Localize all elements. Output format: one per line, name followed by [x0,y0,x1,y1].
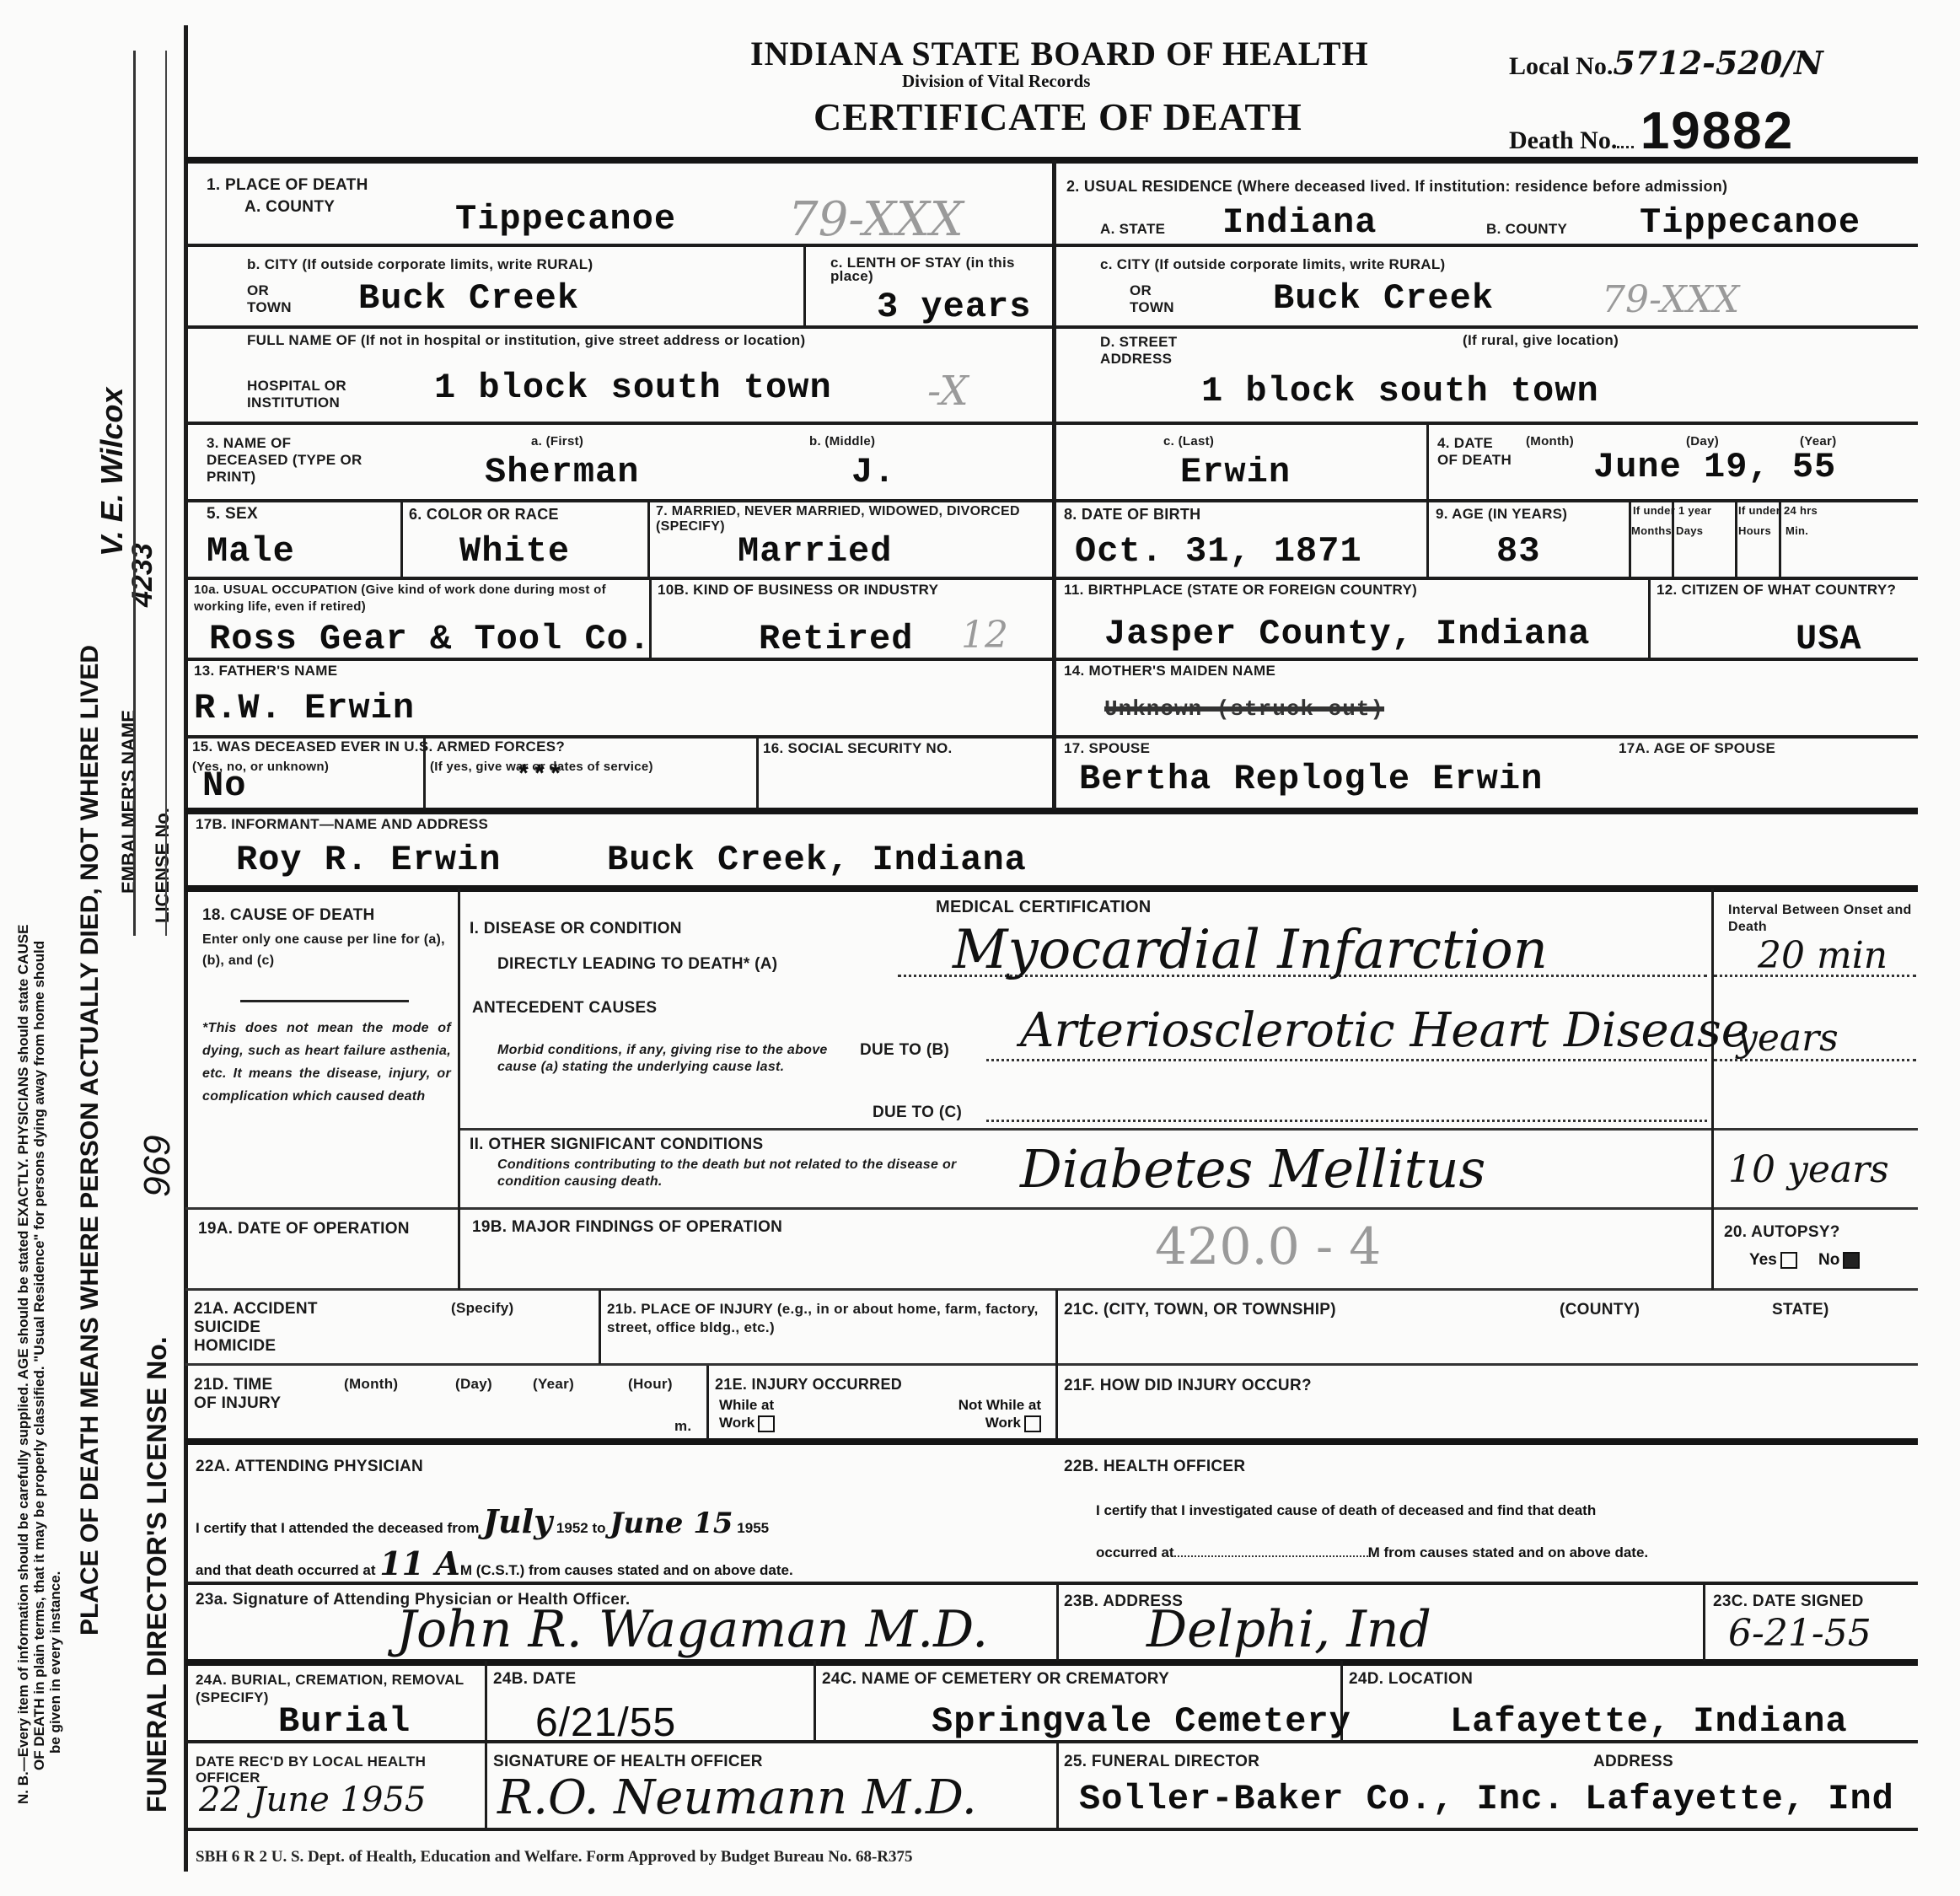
age-value[interactable]: 83 [1496,531,1540,572]
spouse-label: 17. SPOUSE [1064,740,1150,757]
death-county-code: 79-XXX [788,192,964,247]
divider-23b [1056,1583,1059,1661]
father-value[interactable]: R.W. Erwin [194,688,415,728]
burial-location-label: 24d. LOCATION [1349,1671,1473,1688]
under-year-label: If under 1 year [1633,504,1711,518]
due-to-b-label: DUE TO (b) [860,1042,949,1059]
divider-21d [706,1366,709,1440]
margin-embalmer-license-value: 4233 [126,543,159,607]
injury-m-label: m. [674,1420,691,1433]
date-of-death-label: 4. DATE OF DEATH [1437,435,1513,469]
armed-forces-value[interactable]: No [202,765,246,806]
cause-b-line [986,1059,1707,1061]
first-name-value[interactable]: Sherman [485,452,639,492]
citizen-value[interactable]: USA [1796,619,1862,659]
from-year-value[interactable]: 1952 [556,1520,588,1536]
rule-17b [185,885,1918,892]
cause-a-value[interactable]: Myocardial Infarction [953,919,1548,981]
margin-embalmer-label: EMBALMER'S NAME [118,710,140,894]
funeral-director-address-label: ADDRESS [1593,1754,1673,1770]
interval-b-line [1714,1059,1916,1061]
autopsy-options: Yes No [1749,1251,1860,1270]
autopsy-yes-label: Yes [1749,1251,1777,1269]
operation-code: 420.0 - 4 [1155,1217,1381,1276]
death-no-value: 19882 [1640,102,1794,160]
armed-forces-label: 15. WAS DECEASED EVER IN U.S. ARMED FORC… [192,740,565,754]
physician-signature[interactable]: John R. Wagaman M.D. [396,1600,988,1659]
sex-label: 5. SEX [207,506,258,523]
health-officer-time-line: occurred atM from causes stated and on a… [1096,1544,1648,1561]
health-officer-text-3: M from causes stated and on above date. [1368,1544,1649,1560]
margin-note-line-3: be given in every instance. [47,925,63,1804]
not-while-at-work-checkbox[interactable] [1024,1415,1041,1432]
division-title: Division of Vital Records [902,71,1090,92]
interval-b-value[interactable]: years [1737,1017,1839,1060]
length-of-stay-value[interactable]: 3 years [877,287,1031,327]
other-conditions-value[interactable]: Diabetes Mellitus [1020,1138,1485,1200]
injury-year-label: (Year) [533,1378,574,1391]
residence-state-label: a. STATE [1100,221,1165,238]
rule-25 [185,1828,1918,1831]
to-label: to [592,1520,605,1536]
death-city-label: b. CITY (If outside corporate limits, wr… [247,258,593,271]
due-to-c-label: DUE TO (c) [873,1104,962,1121]
deceased-name-label: 3. NAME OF DECEASED (Type or Print) [207,435,375,486]
divider-1c [803,246,806,327]
funeral-director-label: 25. FUNERAL DIRECTOR [1064,1754,1259,1770]
death-time-value[interactable]: 11 A [379,1544,460,1582]
divider-21a [599,1290,601,1364]
dob-value[interactable]: Oct. 31, 1871 [1075,531,1362,572]
divider-12 [1648,578,1651,659]
health-officer-signature[interactable]: R.O. Neumann M.D. [497,1770,977,1825]
birthplace-value[interactable]: Jasper County, Indiana [1104,614,1591,654]
injury-month-label: (Month) [344,1378,398,1391]
cemetery-label: 24c. NAME OF CEMETERY OR CREMATORY [822,1671,1169,1688]
min-label: Min. [1785,524,1808,538]
informant-name[interactable]: Roy R. Erwin [236,840,501,880]
agency-title: INDIANA STATE BOARD OF HEALTH [750,34,1369,73]
while-at-work-option: While at Work [719,1396,812,1432]
street-value[interactable]: 1 block south town [1201,371,1599,411]
death-county-label: a. COUNTY [244,199,335,216]
street-label: d. STREET ADDRESS [1100,334,1218,368]
interval-other-value[interactable]: 10 years [1728,1148,1889,1191]
burial-type-value[interactable]: Burial [278,1701,411,1742]
informant-address[interactable]: Buck Creek, Indiana [607,840,1027,880]
cause-instructions: Enter only one cause per line for (a), (… [202,929,447,971]
residence-city-code: 79-XXX [1602,278,1739,321]
accident-specify: (Specify) [451,1302,514,1315]
mother-label: 14. MOTHER'S MAIDEN NAME [1064,663,1275,679]
interval-a-value[interactable]: 20 min [1758,934,1888,977]
physician-text-1: I certify that I attended the deceased f… [196,1520,479,1536]
race-label: 6. COLOR OR RACE [409,506,559,523]
health-officer-time-blank[interactable] [1174,1555,1368,1557]
not-while-at-work-option: Not While at Work [923,1396,1041,1432]
part2-label: II. OTHER SIGNIFICANT CONDITIONS [470,1136,763,1153]
residence-county-value[interactable]: Tippecanoe [1640,202,1861,243]
certificate-title: CERTIFICATE OF DEATH [814,94,1302,139]
rule-19 [185,1288,1918,1291]
divider-23c [1703,1583,1705,1661]
hospital-label-2: HOSPITAL OR INSTITUTION [247,378,407,411]
date-of-death-value[interactable]: June 19, 55 [1593,447,1836,487]
autopsy-yes-checkbox[interactable] [1780,1252,1797,1269]
middle-name-label: b. (Middle) [809,435,875,448]
death-city-value[interactable]: Buck Creek [358,278,579,319]
place-of-death-label: 1. PLACE OF DEATH [207,177,368,194]
last-name-label: c. (Last) [1163,435,1214,448]
margin-license-label: FUNERAL DIRECTOR'S LICENSE No. [142,1336,173,1813]
form-left-border [184,25,188,1872]
health-officer-label: 22b. HEALTH OFFICER [1064,1458,1245,1475]
hospital-mark: -X [927,368,969,415]
attending-physician-label: 22a. ATTENDING PHYSICIAN [196,1458,423,1475]
informant-label: 17b. INFORMANT—NAME AND ADDRESS [196,816,488,833]
local-no-label: Local No. [1509,52,1613,80]
citizen-label: 12. CITIZEN OF WHAT COUNTRY? [1657,582,1909,599]
place-of-injury-label: 21b. PLACE OF INJURY (e.g., in or about … [607,1300,1045,1337]
physician-text-2: and that death occurred at [196,1562,375,1578]
industry-value[interactable]: Retired [759,619,913,659]
divider-main [1052,160,1056,809]
sex-value[interactable]: Male [207,531,295,572]
date-received-value[interactable]: 22 June 1955 [199,1781,426,1819]
part1-label-2: DIRECTLY LEADING TO DEATH* (a) [497,956,777,973]
birthplace-label: 11. BIRTHPLACE (State or foreign country… [1064,582,1417,599]
death-no-label: Death No. [1509,126,1617,154]
autopsy-no-label: No [1818,1251,1839,1269]
cause-divider [240,1000,409,1002]
local-no: Local No.5712-520/N [1509,44,1823,82]
injury-hour-label: (Hour) [628,1378,673,1391]
to-year-value[interactable]: 1955 [737,1520,769,1536]
age-label: 9. AGE (In years) [1436,506,1567,523]
street-hint: (If rural, give location) [1463,334,1619,347]
residence-city-value[interactable]: Buck Creek [1273,278,1494,319]
divider-4 [1426,423,1429,577]
operation-date-label: 19a. DATE OF OPERATION [198,1219,443,1239]
length-of-stay-label: c. LENTH OF STAY (in this place) [830,256,1050,283]
last-name-value[interactable]: Erwin [1180,452,1291,492]
residence-county-label: b. COUNTY [1486,221,1567,238]
first-name-label: a. (First) [531,435,583,448]
divider-21b [1055,1290,1058,1440]
interval-label: Interval Between Onset and Death [1728,902,1914,936]
injury-time-label: 21d. TIME OF INJURY [194,1376,287,1413]
rule-due-c [459,1128,1918,1131]
divider-24b [814,1661,816,1742]
health-officer-signature-label: SIGNATURE OF HEALTH OFFICER [493,1754,763,1770]
autopsy-label: 20. AUTOPSY? [1724,1224,1840,1241]
marital-label: 7. MARRIED, NEVER MARRIED, WIDOWED, DIVO… [656,504,1052,534]
middle-name-value[interactable]: J. [851,452,895,492]
divider-6 [647,501,650,578]
residence-state-value[interactable]: Indiana [1222,202,1377,243]
days-label: Days [1676,524,1703,538]
date-signed-label: 23c. DATE SIGNED [1713,1593,1864,1610]
marital-value[interactable]: Married [738,531,892,572]
rule-18 [185,1207,1918,1210]
margin-note-line-2: OF DEATH in plain terms, that it may be … [31,925,47,1804]
operation-findings-label: 19b. MAJOR FINDINGS OF OPERATION [472,1219,782,1236]
local-no-value: 5712-520/N [1613,44,1823,82]
margin-embalmer-rule [133,51,136,936]
residence-city-label: c. CITY (If outside corporate limits, wr… [1100,258,1446,271]
physician-time-line: and that death occurred at 11 AM (C.S.T.… [196,1544,793,1582]
signature-address-value[interactable]: Delphi, Ind [1146,1600,1431,1659]
injury-occurred-label: 21e. INJURY OCCURRED [715,1376,902,1393]
death-city-label-2: OR TOWN [247,282,306,316]
injury-day-label: (Day) [455,1378,492,1391]
industry-label: 10b. KIND OF BUSINESS OR INDUSTRY [658,582,1045,599]
rule-21d [185,1438,1918,1445]
funeral-director-value[interactable]: Soller-Baker Co., Inc. [1079,1779,1565,1819]
margin-note-line-1: N. B.—Every item of information should b… [15,925,31,1804]
months-label: Months [1631,524,1672,538]
divider-16 [756,737,759,809]
divider-19 [458,1209,460,1290]
injury-location-label: 21c. (CITY, TOWN, OR TOWNSHIP) [1064,1302,1336,1319]
burial-location-value[interactable]: Lafayette, Indiana [1450,1701,1848,1742]
margin-embalmer-license-label: LICENSE No. [152,808,174,923]
divider-25 [1056,1742,1059,1829]
morbid-note: Morbid conditions, if any, giving rise t… [497,1042,860,1076]
usual-residence-label: 2. USUAL RESIDENCE (Where deceased lived… [1066,177,1918,196]
burial-date-label: 24b. DATE [493,1671,576,1688]
divider-24a [485,1661,487,1829]
divider-9c [1735,501,1737,578]
dob-label: 8. DATE OF BIRTH [1064,506,1200,523]
form-footer-note: SBH 6 R 2 U. S. Dept. of Health, Educati… [196,1848,913,1866]
health-officer-text-2: occurred at [1096,1544,1174,1560]
injury-county-label: (COUNTY) [1560,1302,1640,1319]
armed-forces-dates[interactable]: *** [516,762,564,791]
medical-certification-title: MEDICAL CERTIFICATION [936,899,1152,916]
autopsy-no-checkbox[interactable] [1843,1252,1860,1269]
accident-label: 21a. ACCIDENT SUICIDE HOMICIDE [194,1300,329,1356]
margin-instructions: N. B.—Every item of information should b… [15,925,63,1804]
ssn-label: 16. SOCIAL SECURITY No. [763,740,953,757]
how-injury-label: 21f. HOW DID INJURY OCCUR? [1064,1378,1312,1394]
margin-embalmer-value: V. E. Wilcox [94,388,130,556]
burial-date-value[interactable]: 6/21/55 [535,1700,676,1746]
cause-c-line [986,1120,1707,1122]
hours-label: Hours [1738,524,1771,538]
margin-license-rule [165,51,167,936]
occupation-label: 10a. USUAL OCCUPATION (Give kind of work… [194,582,649,615]
cemetery-value[interactable]: Springvale Cemetery [932,1701,1351,1742]
spouse-value[interactable]: Bertha Replogle Erwin [1079,759,1543,799]
race-value[interactable]: White [459,531,570,572]
mother-value: Unknown (struck out) [1104,696,1384,722]
date-signed-value[interactable]: 6-21-55 [1728,1612,1871,1655]
under-24-label: If under 24 hrs [1738,504,1818,518]
father-label: 13. FATHER'S NAME [194,663,337,679]
attended-from-value[interactable]: July [483,1502,552,1540]
cause-b-value[interactable]: Arteriosclerotic Heart Disease [1020,1003,1749,1058]
margin-place-note: PLACE OF DEATH MEANS WHERE PERSON ACTUAL… [76,645,105,1636]
attended-to-value[interactable]: June 15 [609,1507,733,1540]
while-at-work-checkbox[interactable] [758,1415,775,1432]
divider-9a [1629,501,1631,578]
part2-note: Conditions contributing to the death but… [497,1157,1003,1190]
interval-a-line [1714,975,1916,977]
occupation-value[interactable]: Ross Gear & Tool Co. [209,619,651,659]
rule-23 [185,1659,1918,1666]
dod-month-label: (Month) [1526,435,1574,448]
industry-mark: 12 [961,614,1008,657]
death-county-value[interactable]: Tippecanoe [455,199,676,239]
cause-of-death-label: 18. CAUSE OF DEATH [202,907,375,924]
cause-footnote: *This does not mean the mode of dying, s… [202,1017,451,1108]
rule-21a [185,1363,1918,1366]
antecedent-label: ANTECEDENT CAUSES [472,1000,657,1017]
hospital-label: FULL NAME OF (If not in hospital or inst… [247,334,1039,347]
health-officer-text-1: I certify that I investigated cause of d… [1096,1502,1596,1519]
injury-state-label: STATE) [1772,1302,1829,1319]
residence-city-label-2: OR TOWN [1130,282,1189,316]
margin-license-value: 969 [137,1136,179,1197]
divider-5 [400,501,403,578]
physician-text-3: M (C.S.T.) from causes stated and on abo… [460,1562,793,1578]
hospital-value[interactable]: 1 block south town [434,368,832,408]
physician-attended-line: I certify that I attended the deceased f… [196,1502,769,1540]
spouse-age-label: 17a. AGE OF SPOUSE [1619,740,1775,757]
part1-label: I. DISEASE OR CONDITION [470,921,682,937]
divider-autopsy [1711,1209,1714,1290]
death-no: Death No. 19882 [1509,101,1794,161]
funeral-director-address-value[interactable]: Lafayette, Ind [1585,1779,1894,1819]
